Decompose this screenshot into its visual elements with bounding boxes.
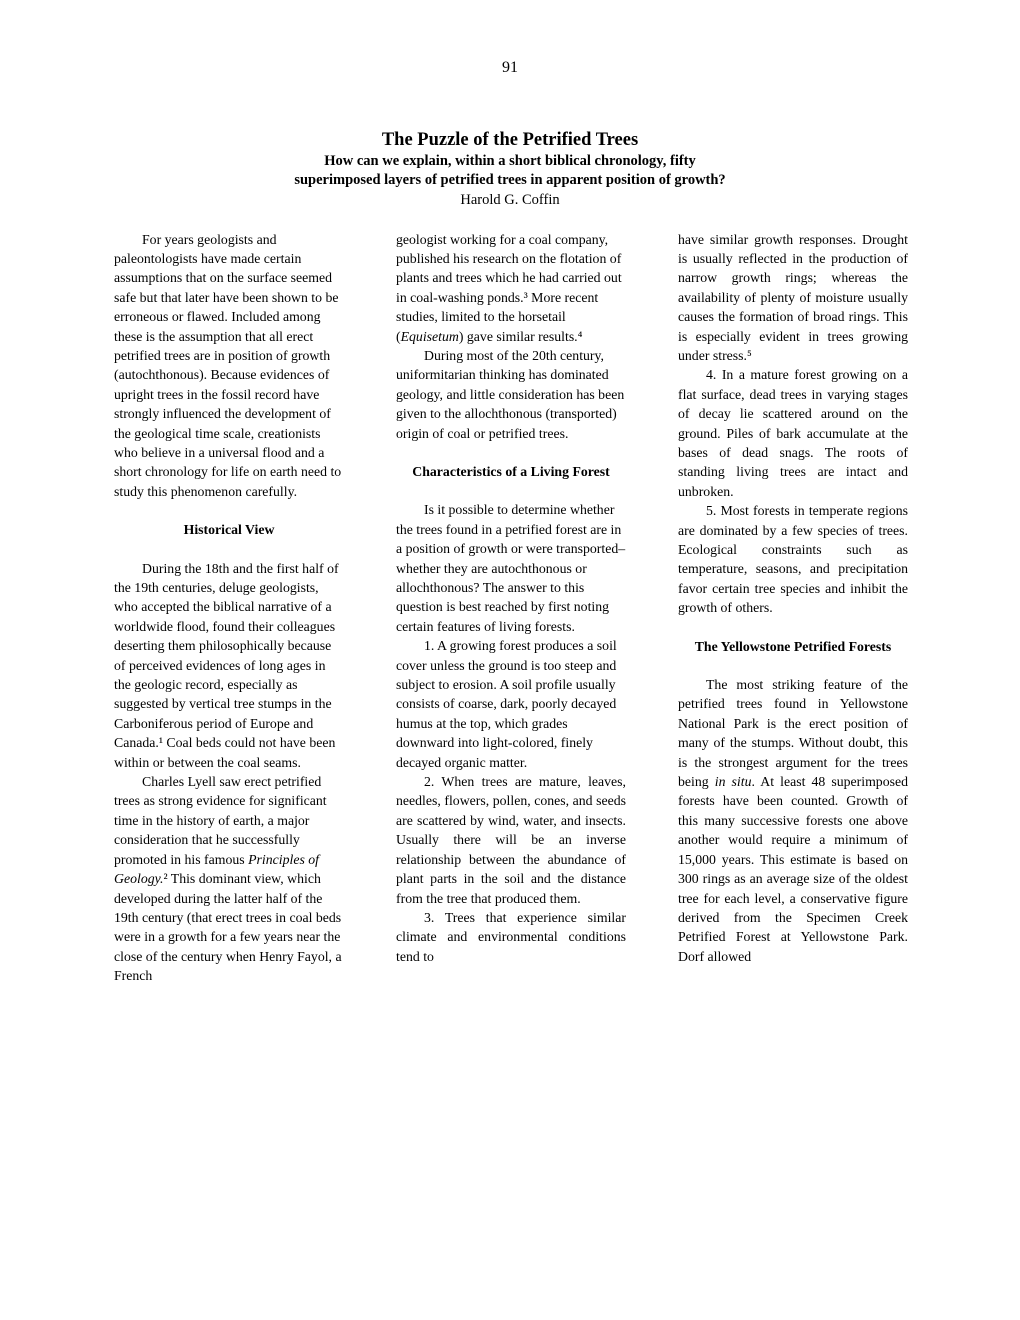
section-heading-living-forest: Characteristics of a Living Forest	[396, 462, 626, 481]
paragraph-uniformitarian: During most of the 20th century, uniform…	[396, 346, 626, 443]
list-item-2-mature-trees: 2. When trees are mature, leaves, needle…	[396, 772, 626, 908]
text-columns: For years geologists and paleontologists…	[0, 230, 1020, 986]
column-2: geologist working for a coal company, pu…	[396, 230, 626, 986]
article-subtitle-line1: How can we explain, within a short bibli…	[0, 152, 1020, 171]
species-name-equisetum: Equisetum	[401, 329, 459, 344]
list-item-5-temperate-forests: 5. Most forests in temperate regions are…	[678, 501, 908, 617]
article-author: Harold G. Coffin	[0, 191, 1020, 210]
list-item-4-mature-forest: 4. In a mature forest growing on a flat …	[678, 365, 908, 501]
page-number: 91	[0, 0, 1020, 78]
column-3: have similar growth responses. Drought i…	[678, 230, 908, 986]
list-item-3-climate: 3. Trees that experience similar climate…	[396, 908, 626, 966]
paragraph-yellowstone-text: The most striking feature of the petrifi…	[678, 677, 908, 789]
paragraph-coal-geologist: geologist working for a coal company, pu…	[396, 230, 626, 346]
paragraph-deluge-geologists: During the 18th and the first half of th…	[114, 559, 344, 772]
paragraph-is-it-possible: Is it possible to determine whether the …	[396, 500, 626, 636]
paragraph-charles-lyell: Charles Lyell saw erect petrified trees …	[114, 772, 344, 985]
paragraph-growth-responses: have similar growth responses. Drought i…	[678, 230, 908, 366]
paragraph-intro: For years geologists and paleontologists…	[114, 230, 344, 502]
article-subtitle-line2: superimposed layers of petrified trees i…	[0, 171, 1020, 190]
title-block: The Puzzle of the Petrified Trees How ca…	[0, 128, 1020, 210]
paragraph-charles-lyell-continued: ² This dominant view, which developed du…	[114, 871, 342, 983]
article-title: The Puzzle of the Petrified Trees	[0, 128, 1020, 152]
paragraph-coal-geologist-continued: ) gave similar results.⁴	[459, 329, 583, 344]
list-item-1-soil-cover: 1. A growing forest produces a soil cove…	[396, 636, 626, 772]
latin-phrase-in-situ: in situ	[715, 774, 752, 789]
paragraph-yellowstone-continued: . At least 48 superimposed forests have …	[678, 774, 908, 964]
section-heading-yellowstone: The Yellowstone Petrified Forests	[678, 637, 908, 656]
column-1: For years geologists and paleontologists…	[114, 230, 344, 986]
document-page: 91 The Puzzle of the Petrified Trees How…	[0, 0, 1020, 1320]
section-heading-historical-view: Historical View	[114, 520, 344, 539]
paragraph-coal-geologist-text: geologist working for a coal company, pu…	[396, 232, 622, 344]
paragraph-yellowstone: The most striking feature of the petrifi…	[678, 675, 908, 966]
